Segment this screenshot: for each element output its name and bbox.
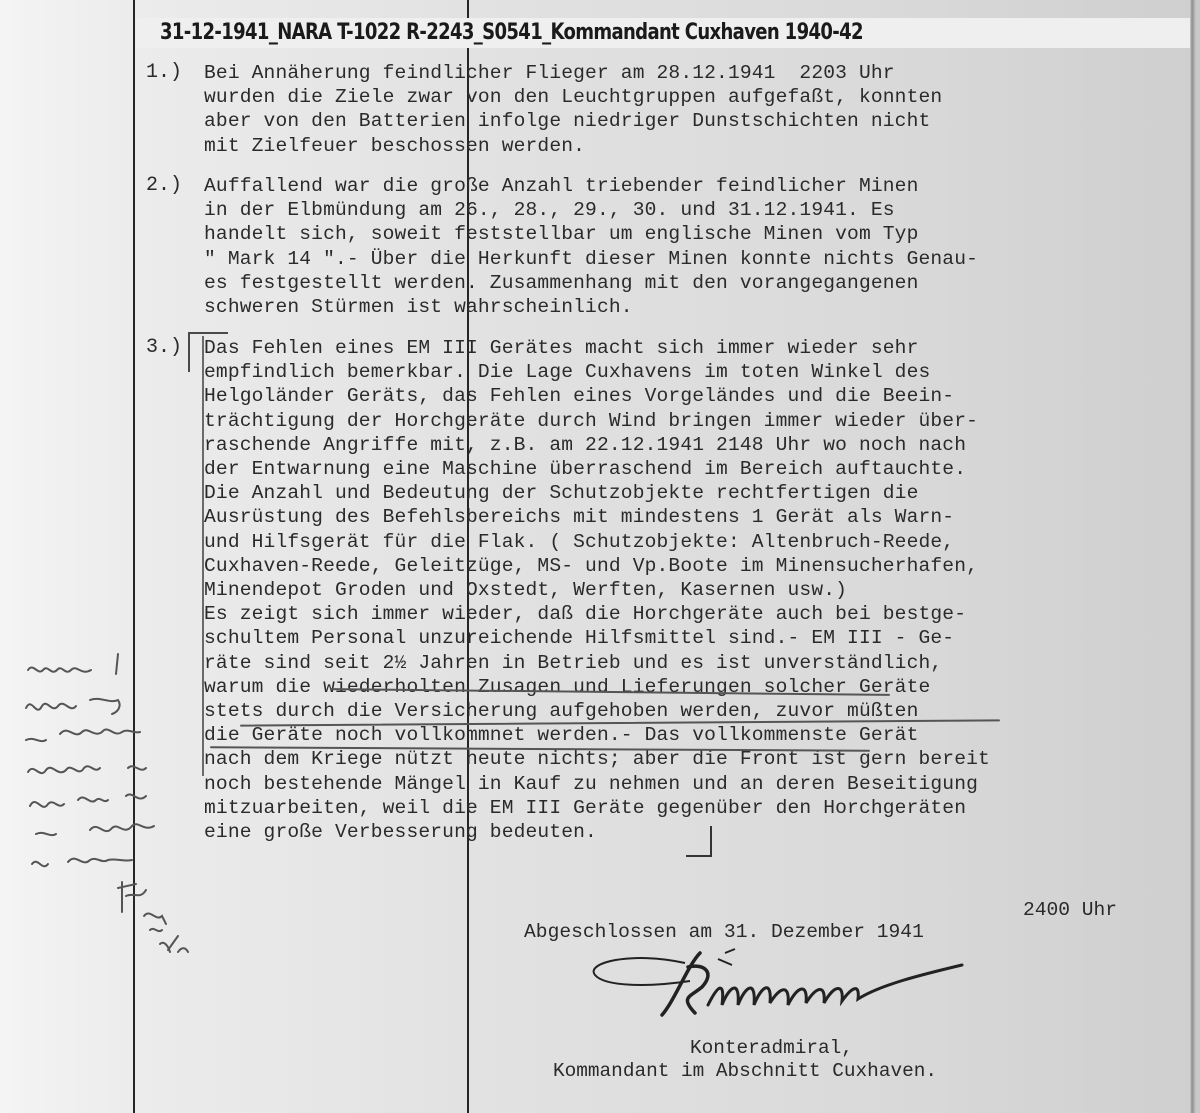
signature-scribble [590,945,970,1035]
text-line: Minendepot Groden und Oxstedt, Werften, … [204,578,990,602]
text-line: " Mark 14 ".- Über die Herkunft dieser M… [204,247,978,271]
handwritten-bracket-corner [188,332,190,372]
text-line: Cuxhaven-Reede, Geleitzüge, MS- und Vp.B… [204,554,990,578]
paragraph-number: 3.) [146,336,182,359]
paragraph-lines: Das Fehlen eines EM III Gerätes macht si… [204,336,990,844]
text-line: und Hilfsgerät für die Flak. ( Schutzobj… [204,530,990,554]
text-line: mitzuarbeiten, weil die EM III Geräte ge… [204,796,990,820]
text-line: raschende Angriffe mit, z.B. am 22.12.19… [204,433,990,457]
handwritten-end-mark-base [686,855,712,857]
document-page: 31-12-1941_NARA T-1022 R-2243_S0541_Komm… [0,0,1200,1113]
text-line: Auffallend war die große Anzahl triebend… [204,174,978,198]
paragraph-lines: Auffallend war die große Anzahl triebend… [204,174,978,319]
text-line: schweren Stürmen ist wahrscheinlich. [204,295,978,319]
text-line: eine große Verbesserung bedeuten. [204,820,990,844]
text-line: aber von den Batterien infolge niedriger… [204,109,942,133]
text-line: noch bestehende Mängel in Kauf zu nehmen… [204,772,990,796]
handwritten-end-mark [710,826,712,856]
text-line: nach dem Kriege nützt heute nichts; aber… [204,747,990,771]
paragraph-number: 1.) [146,61,182,84]
text-line: handelt sich, soweit feststellbar um eng… [204,222,978,246]
text-line: räte sind seit 2½ Jahren in Betrieb und … [204,651,990,675]
signature-position: Kommandant im Abschnitt Cuxhaven. [553,1060,937,1082]
closing-date: Abgeschlossen am 31. Dezember 1941 [524,921,924,943]
handwritten-bracket-top [188,332,228,334]
text-line: in der Elbmündung am 26., 28., 29., 30. … [204,198,978,222]
text-line: empfindlich bemerkbar. Die Lage Cuxhaven… [204,360,990,384]
text-line: schultem Personal unzureichende Hilfsmit… [204,626,990,650]
text-line: mit Zielfeuer beschossen werden. [204,134,942,158]
paragraph-number: 2.) [146,174,182,197]
text-line: die Geräte noch vollkommnet werden.- Das… [204,723,990,747]
signature-rank: Konteradmiral, [690,1037,853,1059]
text-line: es festgestellt werden. Zusammenhang mit… [204,271,978,295]
text-line: Bei Annäherung feindlicher Flieger am 28… [204,61,942,85]
text-line: Helgoländer Geräts, das Fehlen eines Vor… [204,384,990,408]
handwritten-margin-note [18,650,198,970]
text-line: trächtigung der Horchgeräte durch Wind b… [204,409,990,433]
text-line: Ausrüstung des Befehlsbereichs mit minde… [204,505,990,529]
text-line: Das Fehlen eines EM III Gerätes macht si… [204,336,990,360]
paragraph-lines: Bei Annäherung feindlicher Flieger am 28… [204,61,942,158]
text-line: der Entwarnung eine Maschine überraschen… [204,457,990,481]
document-title: 31-12-1941_NARA T-1022 R-2243_S0541_Komm… [160,20,863,45]
text-line: wurden die Ziele zwar von den Leuchtgrup… [204,85,942,109]
closing-time: 2400 Uhr [1023,899,1117,921]
text-line: Die Anzahl und Bedeutung der Schutzobjek… [204,481,990,505]
text-line: Es zeigt sich immer wieder, daß die Horc… [204,602,990,626]
